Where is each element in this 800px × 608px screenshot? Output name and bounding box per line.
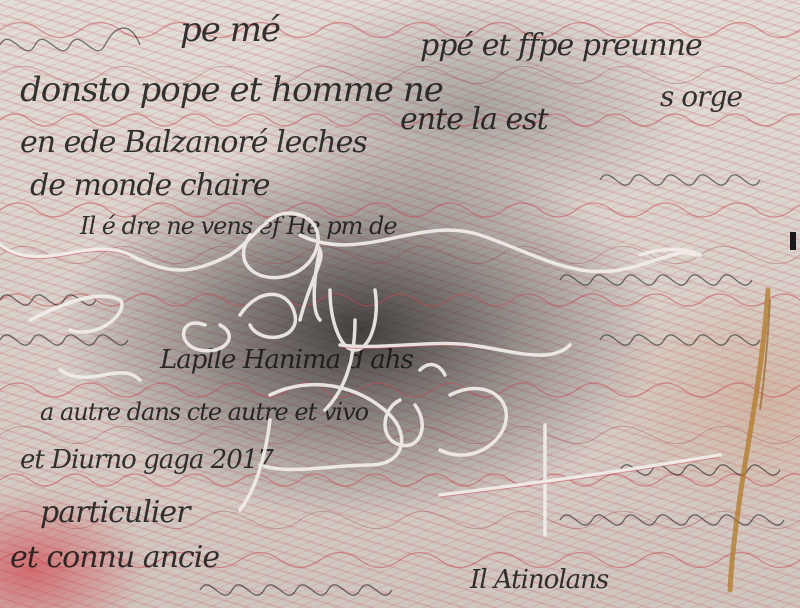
- ochre-drip-layer: [0, 0, 800, 608]
- dark-mark: [790, 232, 796, 250]
- artwork-canvas: pe mé ppé et ffpe preunne donsto pope et…: [0, 0, 800, 608]
